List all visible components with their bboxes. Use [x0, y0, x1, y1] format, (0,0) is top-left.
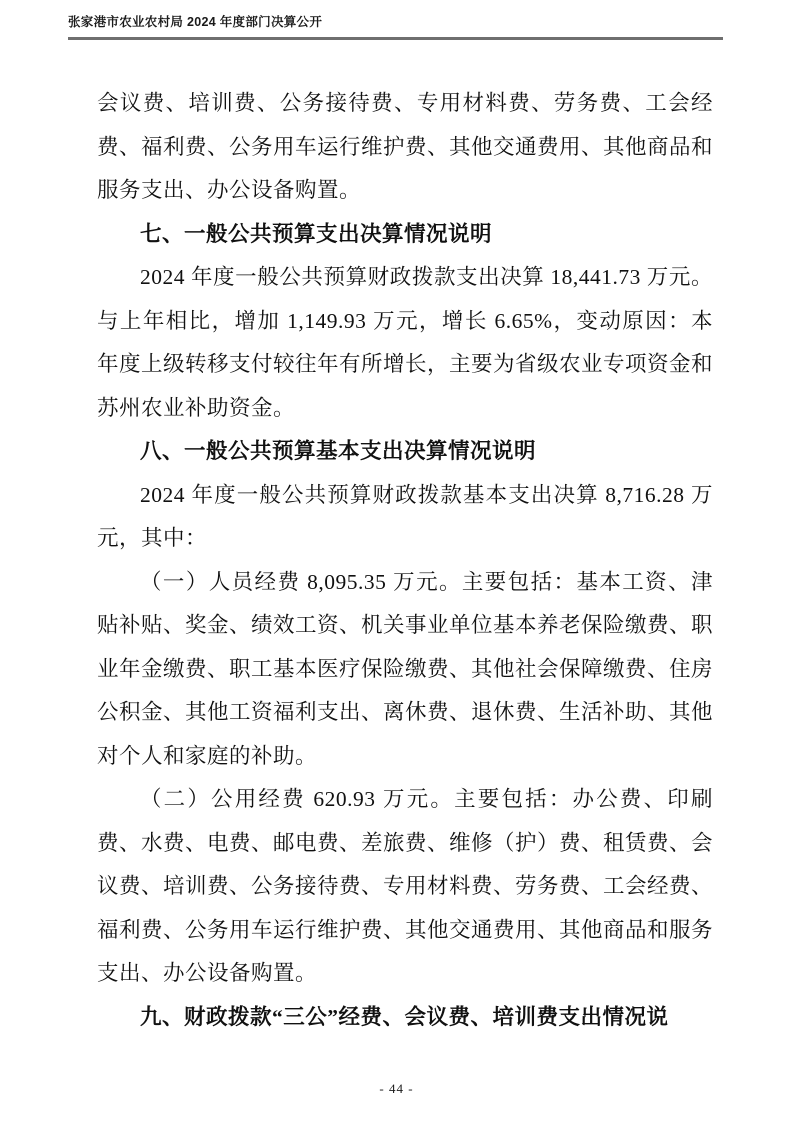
document-body: 会议费、培训费、公务接待费、专用材料费、劳务费、工会经费、福利费、公务用车运行维…	[97, 82, 713, 1039]
document-header-title: 张家港市农业农村局 2024 年度部门决算公开	[68, 13, 723, 31]
paragraph-general-budget-expenditure: 2024 年度一般公共预算财政拨款支出决算 18,441.73 万元。与上年相比…	[97, 256, 713, 430]
document-page: 张家港市农业农村局 2024 年度部门决算公开 会议费、培训费、公务接待费、专用…	[0, 0, 793, 1122]
document-footer: - 44 -	[0, 1080, 793, 1098]
header-rule-divider	[68, 37, 723, 40]
paragraph-basic-expenditure-total: 2024 年度一般公共预算财政拨款基本支出决算 8,716.28 万元，其中：	[97, 474, 713, 561]
paragraph-expense-list-continued: 会议费、培训费、公务接待费、专用材料费、劳务费、工会经费、福利费、公务用车运行维…	[97, 82, 713, 213]
page-number: - 44 -	[379, 1081, 413, 1096]
paragraph-public-expenses: （二）公用经费 620.93 万元。主要包括：办公费、印刷费、水费、电费、邮电费…	[97, 778, 713, 996]
paragraph-personnel-expenses: （一）人员经费 8,095.35 万元。主要包括：基本工资、津贴补贴、奖金、绩效…	[97, 561, 713, 779]
document-running-header: 张家港市农业农村局 2024 年度部门决算公开	[68, 13, 723, 40]
section-heading-9-three-public-funds: 九、财政拨款“三公”经费、会议费、培训费支出情况说	[97, 996, 713, 1040]
section-heading-8-basic-expenditure: 八、一般公共预算基本支出决算情况说明	[97, 430, 713, 474]
section-heading-7-general-budget-expenditure: 七、一般公共预算支出决算情况说明	[97, 213, 713, 257]
